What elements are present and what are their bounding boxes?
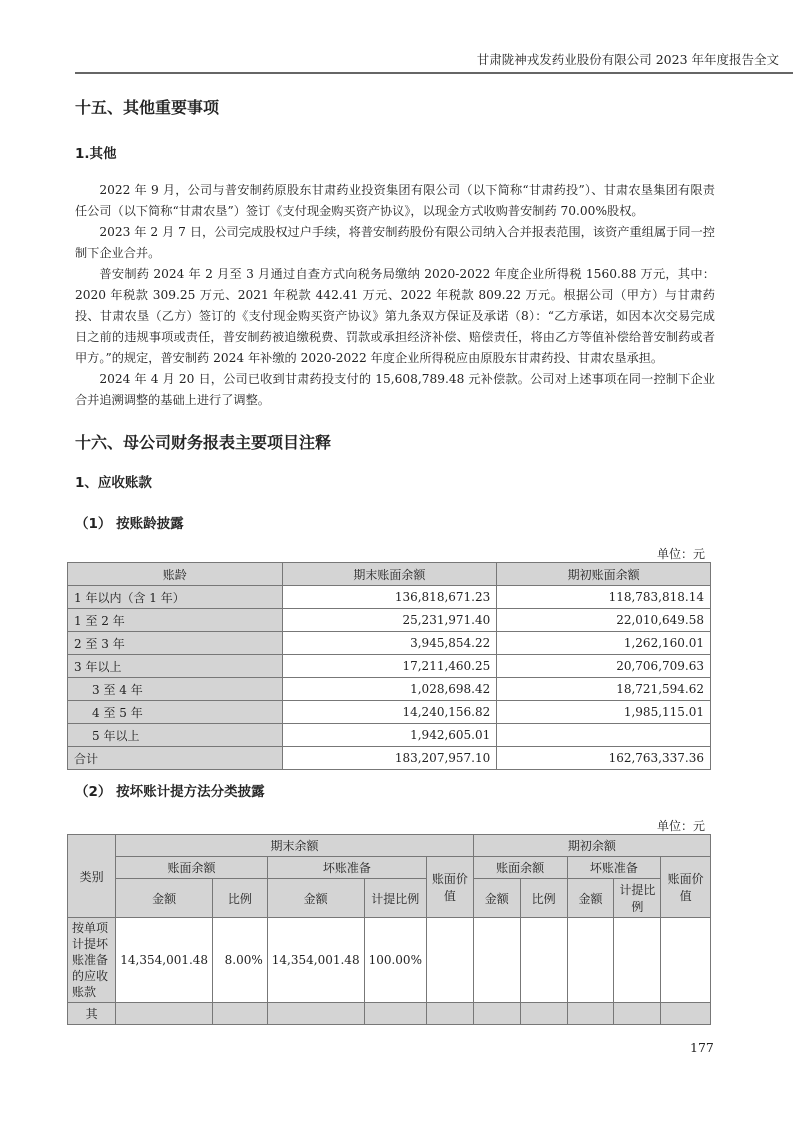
row-label: 5 年以上 bbox=[68, 724, 283, 747]
table-row: 3 年以上 17,211,460.25 20,706,709.63 bbox=[68, 655, 711, 678]
table-row: 1 至 2 年 25,231,971.40 22,010,649.58 bbox=[68, 609, 711, 632]
end-book-amount: 14,354,001.48 bbox=[116, 918, 213, 1003]
end-balance: 17,211,460.25 bbox=[282, 655, 497, 678]
bad-debt-table: 类别 期末余额 期初余额 账面余额 坏账准备 账面价值 账面余额 坏账准备 账面… bbox=[67, 834, 711, 1025]
period-end-header: 期末余额 bbox=[116, 835, 474, 857]
row-label: 合计 bbox=[68, 747, 283, 770]
provision-ratio-header: 计提比例 bbox=[364, 879, 426, 918]
end-book-value bbox=[426, 918, 473, 1003]
book-value-header: 账面价值 bbox=[661, 857, 711, 918]
row-label: 3 年以上 bbox=[68, 655, 283, 678]
amount-header: 金额 bbox=[567, 879, 614, 918]
begin-book-value bbox=[661, 918, 711, 1003]
begin-balance bbox=[497, 724, 711, 747]
row-label: 4 至 5 年 bbox=[68, 701, 283, 724]
end-bad-ratio bbox=[364, 1003, 426, 1025]
bad-debt-header: 坏账准备 bbox=[567, 857, 661, 879]
row-category: 其 bbox=[68, 1003, 116, 1025]
table-header-row: 账龄 期末账面余额 期初账面余额 bbox=[68, 563, 711, 586]
begin-book-amount bbox=[473, 1003, 520, 1025]
section-16-subtitle: 1、应收账款 bbox=[75, 471, 152, 491]
end-bad-amount bbox=[267, 1003, 364, 1025]
table-header-row: 金额 比例 金额 计提比例 金额 比例 金额 计提比例 bbox=[68, 879, 711, 918]
begin-book-amount bbox=[473, 918, 520, 1003]
end-bad-ratio: 100.00% bbox=[364, 918, 426, 1003]
row-label: 1 年以内（含 1 年） bbox=[68, 586, 283, 609]
paragraph: 2024 年 4 月 20 日，公司已收到甘肃药投支付的 15,608,789.… bbox=[75, 369, 715, 411]
table-row: 3 至 4 年 1,028,698.42 18,721,594.62 bbox=[68, 678, 711, 701]
period-begin-header: 期初余额 bbox=[473, 835, 710, 857]
ratio-header: 比例 bbox=[520, 879, 567, 918]
bad-debt-header: 坏账准备 bbox=[267, 857, 426, 879]
row-label: 1 至 2 年 bbox=[68, 609, 283, 632]
header-rule bbox=[75, 72, 793, 74]
column-header: 期末账面余额 bbox=[282, 563, 497, 586]
begin-balance: 22,010,649.58 bbox=[497, 609, 711, 632]
paragraph: 2022 年 9 月，公司与普安制药原股东甘肃药业投资集团有限公司（以下简称“甘… bbox=[75, 180, 715, 222]
page-content: 十五、其他重要事项 1.其他 2022 年 9 月，公司与普安制药原股东甘肃药业… bbox=[75, 95, 715, 411]
amount-header: 金额 bbox=[116, 879, 213, 918]
row-label: 2 至 3 年 bbox=[68, 632, 283, 655]
section-15-subtitle: 1.其他 bbox=[75, 142, 715, 162]
table-header-row: 类别 期末余额 期初余额 bbox=[68, 835, 711, 857]
column-header: 账龄 bbox=[68, 563, 283, 586]
table1-caption: （1） 按账龄披露 bbox=[75, 512, 184, 532]
begin-balance: 20,706,709.63 bbox=[497, 655, 711, 678]
section-16-title: 十六、母公司财务报表主要项目注释 bbox=[75, 430, 331, 453]
end-book-value bbox=[426, 1003, 473, 1025]
begin-bad-amount bbox=[567, 1003, 614, 1025]
begin-balance: 162,763,337.36 bbox=[497, 747, 711, 770]
table-row: 其 bbox=[68, 1003, 711, 1025]
paragraph: 普安制药 2024 年 2 月至 3 月通过自查方式向税务局缴纳 2020-20… bbox=[75, 264, 715, 369]
end-bad-amount: 14,354,001.48 bbox=[267, 918, 364, 1003]
begin-bad-amount bbox=[567, 918, 614, 1003]
page-number: 177 bbox=[690, 1040, 714, 1055]
table-row: 2 至 3 年 3,945,854.22 1,262,160.01 bbox=[68, 632, 711, 655]
begin-balance: 118,783,818.14 bbox=[497, 586, 711, 609]
column-header: 期初账面余额 bbox=[497, 563, 711, 586]
begin-book-ratio bbox=[520, 918, 567, 1003]
amount-header: 金额 bbox=[267, 879, 364, 918]
end-balance: 136,818,671.23 bbox=[282, 586, 497, 609]
begin-balance: 18,721,594.62 bbox=[497, 678, 711, 701]
begin-balance: 1,262,160.01 bbox=[497, 632, 711, 655]
ratio-header: 比例 bbox=[213, 879, 268, 918]
begin-book-value bbox=[661, 1003, 711, 1025]
table-header-row: 账面余额 坏账准备 账面价值 账面余额 坏账准备 账面价值 bbox=[68, 857, 711, 879]
table2-caption: （2） 按坏账计提方法分类披露 bbox=[75, 780, 265, 800]
begin-bad-ratio bbox=[614, 1003, 661, 1025]
book-balance-header: 账面余额 bbox=[116, 857, 268, 879]
row-label: 3 至 4 年 bbox=[68, 678, 283, 701]
aging-table: 账龄 期末账面余额 期初账面余额 1 年以内（含 1 年） 136,818,67… bbox=[67, 562, 711, 770]
begin-balance: 1,985,115.01 bbox=[497, 701, 711, 724]
table2-unit: 单位：元 bbox=[657, 817, 705, 834]
end-balance: 1,942,605.01 bbox=[282, 724, 497, 747]
row-category: 按单项计提坏账准备的应收账款 bbox=[68, 918, 116, 1003]
table1-unit: 单位：元 bbox=[657, 545, 705, 562]
amount-header: 金额 bbox=[473, 879, 520, 918]
end-book-ratio: 8.00% bbox=[213, 918, 268, 1003]
book-balance-header: 账面余额 bbox=[473, 857, 567, 879]
end-balance: 1,028,698.42 bbox=[282, 678, 497, 701]
table-row: 5 年以上 1,942,605.01 bbox=[68, 724, 711, 747]
end-book-amount bbox=[116, 1003, 213, 1025]
running-header: 甘肃陇神戎发药业股份有限公司 2023 年年度报告全文 bbox=[0, 50, 793, 68]
table-row: 4 至 5 年 14,240,156.82 1,985,115.01 bbox=[68, 701, 711, 724]
begin-book-ratio bbox=[520, 1003, 567, 1025]
category-header: 类别 bbox=[68, 835, 116, 918]
end-balance: 3,945,854.22 bbox=[282, 632, 497, 655]
begin-bad-ratio bbox=[614, 918, 661, 1003]
section-15-title: 十五、其他重要事项 bbox=[75, 95, 715, 118]
end-book-ratio bbox=[213, 1003, 268, 1025]
table-total-row: 合计 183,207,957.10 162,763,337.36 bbox=[68, 747, 711, 770]
provision-ratio-header: 计提比例 bbox=[614, 879, 661, 918]
end-balance: 25,231,971.40 bbox=[282, 609, 497, 632]
table-row: 按单项计提坏账准备的应收账款 14,354,001.48 8.00% 14,35… bbox=[68, 918, 711, 1003]
table-row: 1 年以内（含 1 年） 136,818,671.23 118,783,818.… bbox=[68, 586, 711, 609]
book-value-header: 账面价值 bbox=[426, 857, 473, 918]
section-15-body: 2022 年 9 月，公司与普安制药原股东甘肃药业投资集团有限公司（以下简称“甘… bbox=[75, 180, 715, 411]
end-balance: 14,240,156.82 bbox=[282, 701, 497, 724]
paragraph: 2023 年 2 月 7 日，公司完成股权过户手续，将普安制药股份有限公司纳入合… bbox=[75, 222, 715, 264]
end-balance: 183,207,957.10 bbox=[282, 747, 497, 770]
